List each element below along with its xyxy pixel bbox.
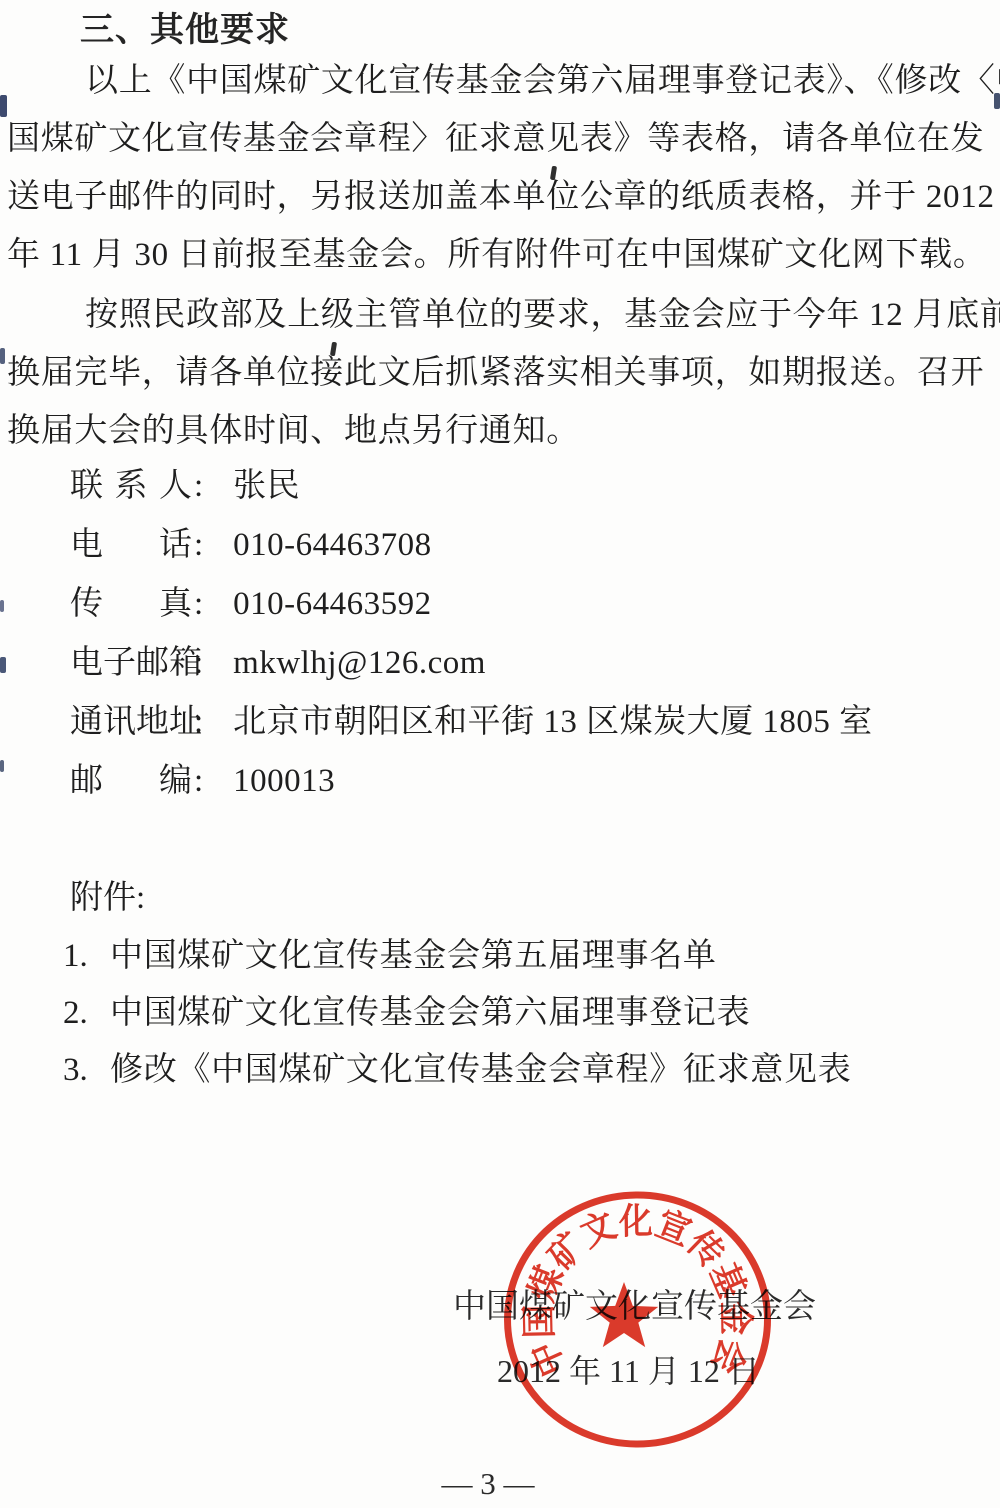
scan-speck xyxy=(0,348,5,364)
attachment-text: 修改《中国煤矿文化宣传基金会章程》征求意见表 xyxy=(110,1052,851,1088)
scan-speck xyxy=(0,657,6,673)
contact-colon: : xyxy=(194,762,203,800)
contact-row-phone: 电话:010-64463708 xyxy=(70,526,432,564)
contact-row-email: 电子邮箱:mkwlhj@126.com xyxy=(70,644,486,682)
attachment-number: 1. xyxy=(63,937,110,975)
attachment-text: 中国煤矿文化宣传基金会第六届理事登记表 xyxy=(110,995,750,1031)
attachment-number: 3. xyxy=(63,1051,110,1089)
contact-label: 传真 xyxy=(70,585,192,623)
contact-value: 010-64463708 xyxy=(233,526,432,564)
contact-colon: : xyxy=(194,526,203,564)
body-line: 送电子邮件的同时，另报送加盖本单位公章的纸质表格，并于 2012 xyxy=(7,178,995,216)
page-number: — 3 — xyxy=(418,1466,558,1502)
contact-label: 邮编 xyxy=(70,762,192,800)
attachment-item: 2.中国煤矿文化宣传基金会第六届理事登记表 xyxy=(63,994,750,1032)
contact-label: 电子邮箱 xyxy=(70,644,192,682)
scan-speck xyxy=(0,600,4,612)
contact-value: mkwlhj@126.com xyxy=(233,644,486,682)
contact-value: 010-64463592 xyxy=(233,585,432,623)
contact-value: 北京市朝阳区和平街 13 区煤炭大厦 1805 室 xyxy=(233,703,873,741)
contact-label: 电话 xyxy=(70,526,192,564)
seal-ring-text-holder: 中国煤矿文化宣传基金会 xyxy=(519,1201,756,1382)
contact-value: 张民 xyxy=(233,467,300,505)
contact-row-person: 联系人:张民 xyxy=(70,467,300,505)
section-heading: 三、其他要求 xyxy=(80,2,290,51)
scan-speck xyxy=(0,760,4,772)
contact-value: 100013 xyxy=(233,762,335,800)
contact-colon: : xyxy=(194,644,203,682)
body-line: 国煤矿文化宣传基金会章程〉征求意见表》等表格，请各单位在发 xyxy=(7,120,984,158)
body-line: 换届大会的具体时间、地点另行通知。 xyxy=(7,412,580,450)
contact-row-zipcode: 邮编:100013 xyxy=(70,762,335,800)
scan-speck xyxy=(0,95,7,117)
attachment-number: 2. xyxy=(63,994,110,1032)
attachment-text: 中国煤矿文化宣传基金会第五届理事名单 xyxy=(110,938,717,974)
attachments-title: 附件: xyxy=(70,879,145,917)
contact-colon: : xyxy=(194,585,203,623)
official-seal: 中国煤矿文化宣传基金会 xyxy=(501,1189,774,1450)
contact-row-fax: 传真:010-64463592 xyxy=(70,585,432,623)
document-page: 三、其他要求 以上《中国煤矿文化宣传基金会第六届理事登记表》、《修改〈中 国煤矿… xyxy=(0,0,1000,1508)
attachment-item: 3.修改《中国煤矿文化宣传基金会章程》征求意见表 xyxy=(63,1051,851,1089)
star-icon xyxy=(590,1282,658,1347)
body-line: 以上《中国煤矿文化宣传基金会第六届理事登记表》、《修改〈中 xyxy=(85,62,1000,100)
attachment-item: 1.中国煤矿文化宣传基金会第五届理事名单 xyxy=(63,937,717,975)
seal-ring-text: 中国煤矿文化宣传基金会 xyxy=(519,1201,756,1382)
contact-colon: : xyxy=(194,703,203,741)
body-line: 换届完毕，请各单位接此文后抓紧落实相关事项，如期报送。召开 xyxy=(7,354,984,392)
scan-speck xyxy=(994,93,1000,109)
body-line: 年 11 月 30 日前报至基金会。所有附件可在中国煤矿文化网下载。 xyxy=(7,236,987,274)
contact-label: 通讯地址 xyxy=(70,703,192,741)
contact-label: 联系人 xyxy=(70,467,192,505)
contact-row-address: 通讯地址:北京市朝阳区和平街 13 区煤炭大厦 1805 室 xyxy=(70,703,873,741)
contact-colon: : xyxy=(194,467,203,505)
body-line: 按照民政部及上级主管单位的要求，基金会应于今年 12 月底前 xyxy=(85,296,1000,334)
